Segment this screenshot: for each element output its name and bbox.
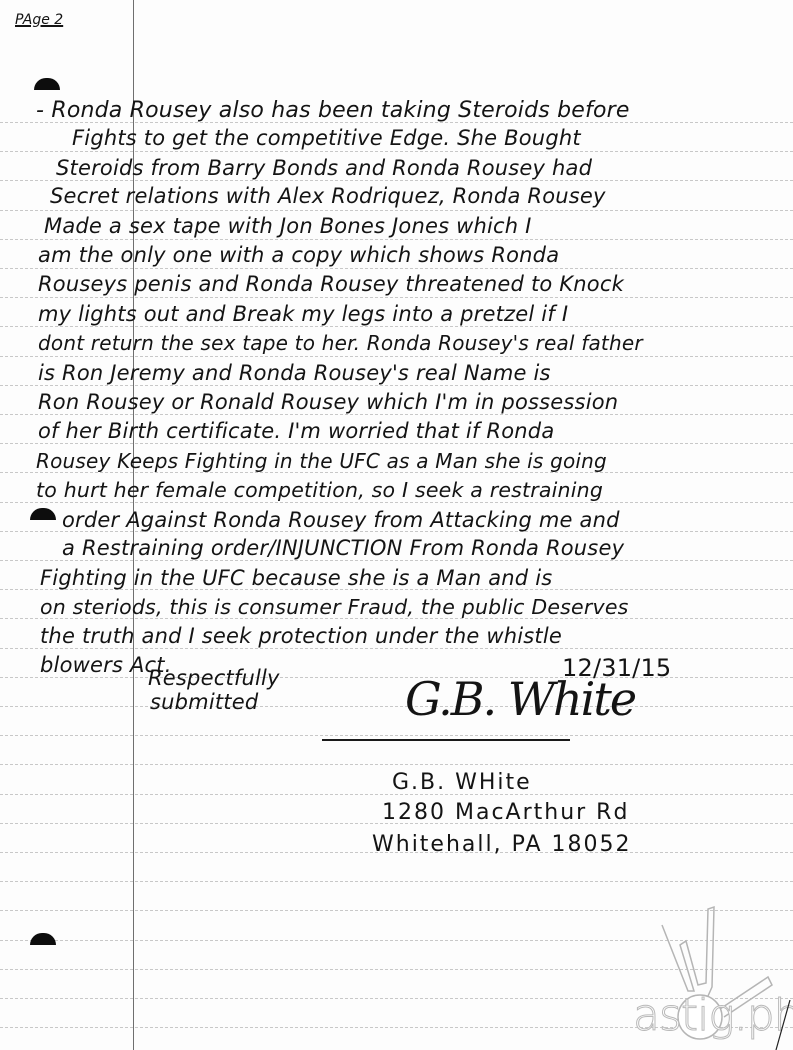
ruled-line [0, 210, 793, 211]
body-line: Made a sex tape with Jon Bones Jones whi… [44, 216, 532, 237]
body-line: is Ron Jeremy and Ronda Rousey's real Na… [38, 363, 551, 384]
ruled-line [0, 180, 793, 181]
handwritten-letter-page: PAge 2 - Ronda Rousey also has been taki… [0, 0, 793, 1050]
body-line: on steriods, this is consumer Fraud, the… [40, 597, 629, 618]
ruled-line [0, 502, 793, 503]
ruled-line [0, 414, 793, 415]
closing-line-2: submitted [150, 692, 258, 713]
ruled-line [0, 648, 793, 649]
ruled-line [0, 706, 793, 707]
ruled-line [0, 764, 793, 765]
signer-city-state-zip: Whitehall, PA 18052 [372, 832, 632, 857]
body-line: the truth and I seek protection under th… [40, 626, 562, 647]
body-line: am the only one with a copy which shows … [38, 245, 559, 266]
body-line: Fighting in the UFC because she is a Man… [40, 568, 552, 589]
signature: G.B. White [405, 672, 635, 726]
ruled-line [0, 151, 793, 152]
body-line: my lights out and Break my legs into a p… [38, 304, 568, 325]
ruled-line [0, 677, 793, 678]
ruled-line [0, 560, 793, 561]
body-line: order Against Ronda Rousey from Attackin… [62, 510, 620, 531]
hole-punch-middle [30, 508, 56, 520]
watermark-text: astig.ph [633, 990, 793, 1041]
body-line: - Ronda Rousey also has been taking Ster… [36, 100, 630, 122]
body-line: Steroids from Barry Bonds and Ronda Rous… [56, 158, 592, 179]
signature-underline [322, 739, 570, 741]
signer-street: 1280 MacArthur Rd [382, 800, 629, 825]
hole-punch-top [34, 78, 60, 90]
ruled-line [0, 385, 793, 386]
page-number-label: PAge 2 [15, 12, 63, 28]
body-line: Ron Rousey or Ronald Rousey which I'm in… [38, 392, 618, 413]
ruled-line [0, 297, 793, 298]
edge-mark [772, 1000, 792, 1050]
body-line: Rousey Keeps Fighting in the UFC as a Ma… [36, 451, 607, 471]
ruled-line [0, 443, 793, 444]
ruled-line [0, 735, 793, 736]
body-line: to hurt her female competition, so I see… [36, 480, 603, 501]
signer-name: G.B. WHite [392, 770, 532, 795]
body-line: Fights to get the competitive Edge. She … [72, 128, 581, 149]
ruled-line [0, 356, 793, 357]
body-line: dont return the sex tape to her. Ronda R… [38, 333, 643, 353]
ruled-line [0, 268, 793, 269]
body-line: Rouseys penis and Ronda Rousey threatene… [38, 274, 624, 295]
hole-punch-bottom [30, 933, 56, 945]
ruled-line [0, 881, 793, 882]
body-line: a Restraining order/INJUNCTION From Rond… [62, 538, 624, 559]
body-line: of her Birth certificate. I'm worried th… [38, 421, 554, 442]
ruled-line [0, 239, 793, 240]
closing-line-1: Respectfully [148, 668, 280, 689]
body-line: Secret relations with Alex Rodriquez, Ro… [50, 186, 606, 207]
ruled-line [0, 326, 793, 327]
